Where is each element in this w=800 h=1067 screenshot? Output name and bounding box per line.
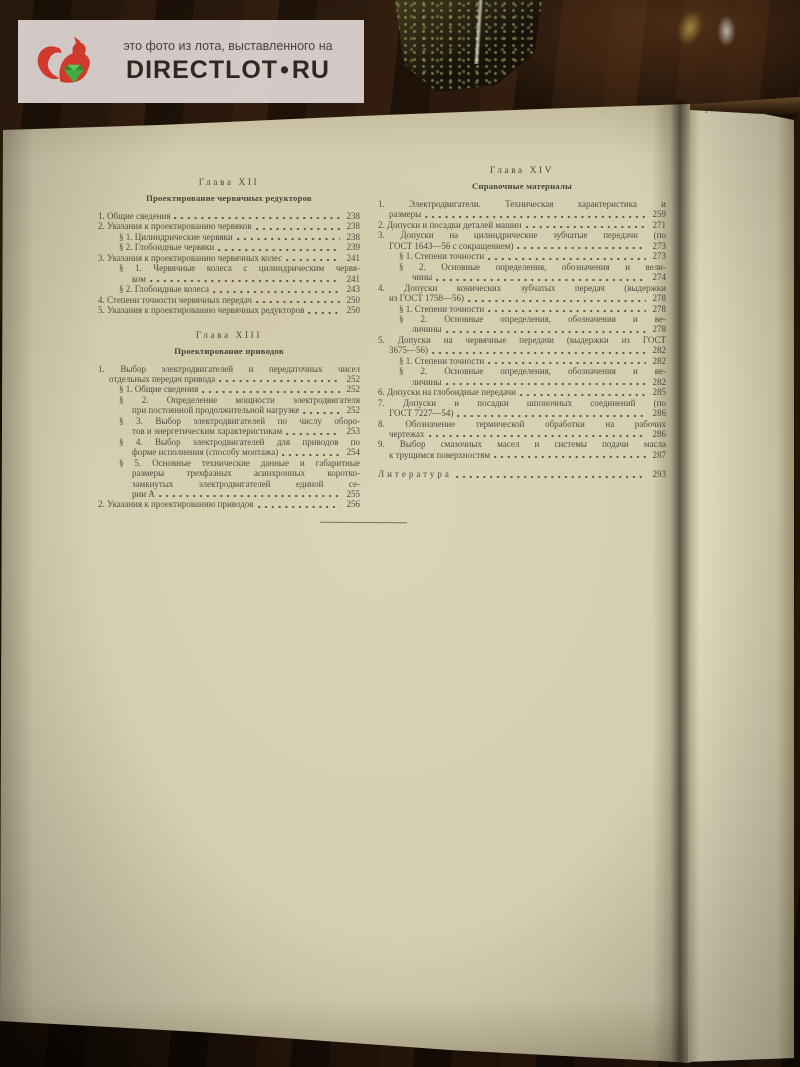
- toc-line-text: § 1. Червячные колеса с цилиндрическим ч…: [119, 263, 360, 273]
- toc-line-text: § 2. Основные определения, обозначения и…: [399, 314, 666, 324]
- dot-leader: [150, 279, 340, 283]
- toc-line-text: Литература: [378, 469, 452, 479]
- toc-line: 3. Указания к проектированию червячных к…: [98, 253, 360, 263]
- toc-line: личины278: [378, 324, 666, 334]
- toc-line: 7. Допуски и посадки шпоночных соединени…: [378, 398, 666, 408]
- toc-line: § 4. Выбор электродвигателей для приводо…: [98, 437, 360, 447]
- page-number: 252: [342, 384, 360, 394]
- dot-leader: [174, 216, 340, 220]
- page-stack-top-edge: [0, 101, 701, 127]
- toc-line-text: 2. Указания к проектированию червяков: [98, 221, 252, 231]
- toc-line-text: 3. Допуски на цилиндрические зубчатые пе…: [378, 230, 666, 240]
- toc-line-text: 8. Обозначение термической обработки на …: [378, 419, 666, 429]
- toc-line: 5. Указания к проектированию червячных р…: [98, 305, 360, 315]
- toc-line-text: 5. Указания к проектированию червячных р…: [98, 305, 304, 315]
- toc-line: размеры259: [378, 209, 666, 219]
- toc-line-text: § 2. Основные определения, обозначения и…: [399, 262, 666, 272]
- toc-line: ГОСТ 1643—56 с сокращением)273: [378, 241, 666, 251]
- toc-line: из ГОСТ 1758—56)278: [378, 293, 666, 303]
- toc-line: § 2. Основные определения, обозначения и…: [378, 366, 666, 376]
- toc-line-text: 1. Общие сведения: [98, 211, 170, 221]
- plastic-bag: [392, 0, 542, 92]
- toc-line-text: 2. Допуски и посадки деталей машин: [378, 220, 522, 230]
- chapter-heading: Глава XIV: [378, 166, 666, 176]
- section-title: Проектирование червячных редукторов: [98, 193, 360, 203]
- toc-line: 3. Допуски на цилиндрические зубчатые пе…: [378, 230, 666, 240]
- toc-line: форме исполнения (способу монтажа)254: [98, 447, 360, 457]
- toc-line-text: размеры: [389, 209, 421, 219]
- toc-line: 8. Обозначение термической обработки на …: [378, 419, 666, 429]
- toc-line: 4. Степени точности червячных передач250: [98, 295, 360, 305]
- toc-line-text: § 2. Основные определения, обозначения и…: [399, 366, 666, 376]
- toc-line: 4. Допуски конических зубчатых передач (…: [378, 283, 666, 293]
- book-right-page: I: [684, 96, 800, 1067]
- toc-line-text: размеры трехфазных асинхронных коротко-: [132, 468, 360, 478]
- toc-line: тов и энергетическим характеристикам253: [98, 426, 360, 436]
- dot-leader: [436, 278, 646, 282]
- watermark-text-block: это фото из лота, выставленного на DIREC…: [102, 39, 364, 85]
- toc-line: § 5. Основные технические данные и габар…: [98, 458, 360, 468]
- brand-dot: •: [278, 56, 292, 84]
- dot-leader: [308, 311, 340, 315]
- page-number: 254: [342, 447, 360, 457]
- toc-line: § 3. Выбор электродвигателей по числу об…: [98, 416, 360, 426]
- toc-line: рии А255: [98, 489, 360, 499]
- chapter-heading: Глава XII: [98, 178, 360, 188]
- toc-line: при постоянной продолжительной нагрузке2…: [98, 405, 360, 415]
- dot-leader: [517, 246, 646, 250]
- toc-right-column: Глава XIVСправочные материалы1. Электрод…: [378, 166, 666, 480]
- dot-leader: [488, 361, 646, 365]
- toc-line-text: личины: [412, 377, 442, 387]
- toc-line: чертежах286: [378, 429, 666, 439]
- toc-line-text: замкнутых электродвигателей единой се-: [132, 479, 360, 489]
- section-title: Справочные материалы: [378, 181, 666, 191]
- toc-line: 2. Указания к проектированию червяков238: [98, 221, 360, 231]
- toc-line: § 1. Степени точности278: [378, 304, 666, 314]
- dot-leader: [446, 330, 646, 334]
- toc-line: § 2. Определение мощности электродвигате…: [98, 395, 360, 405]
- page-number: 238: [342, 221, 360, 231]
- toc-line: 2. Указания к проектированию приводов256: [98, 499, 360, 509]
- dot-leader: [202, 390, 340, 394]
- toc-line-text: 7. Допуски и посадки шпоночных соединени…: [378, 398, 666, 408]
- toc-line-text: 4. Допуски конических зубчатых передач (…: [378, 283, 666, 293]
- toc-line: ком241: [98, 274, 360, 284]
- toc-line: § 1. Степени точности282: [378, 356, 666, 366]
- watermark-banner: это фото из лота, выставленного на DIREC…: [18, 20, 364, 103]
- toc-divider-rule: [320, 522, 407, 524]
- page-number: 239: [342, 242, 360, 252]
- toc-line: 9. Выбор смазочных масел и системы подач…: [378, 439, 666, 449]
- toc-line-text: ГОСТ 7227—54): [389, 408, 453, 418]
- bag-zip-seal: [474, 0, 483, 64]
- brand-right: RU: [292, 56, 330, 84]
- dot-leader: [282, 453, 340, 457]
- book-left-page: Глава XIIПроектирование червячных редукт…: [0, 100, 690, 1067]
- toc-line-text: 6. Допуски на глобоидные передачи: [378, 387, 516, 397]
- dot-leader: [237, 237, 340, 241]
- page-number: 256: [342, 499, 360, 509]
- toc-line-text: § 4. Выбор электродвигателей для приводо…: [119, 437, 360, 447]
- toc-line: § 2. Глобоидные червяки239: [98, 242, 360, 252]
- page-number: 241: [342, 253, 360, 263]
- toc-line-text: 9. Выбор смазочных масел и системы подач…: [378, 439, 666, 449]
- dot-leader: [213, 290, 340, 294]
- dot-leader: [258, 505, 340, 509]
- dot-leader: [159, 494, 340, 498]
- dot-leader: [256, 227, 340, 231]
- toc-line: замкнутых электродвигателей единой се-: [98, 479, 360, 489]
- toc-line: § 2. Глобоидные колеса243: [98, 284, 360, 294]
- dot-leader: [218, 248, 340, 252]
- chapter-heading: Глава XIII: [98, 331, 360, 341]
- toc-line-text: § 5. Основные технические данные и габар…: [119, 458, 360, 468]
- toc-line: 5. Допуски на червячные передачи (выдерж…: [378, 335, 666, 345]
- toc-line-text: из ГОСТ 1758—56): [389, 293, 464, 303]
- toc-line-text: § 2. Определение мощности электродвигате…: [119, 395, 360, 405]
- toc-line: личины282: [378, 377, 666, 387]
- toc-line: § 2. Основные определения, обозначения и…: [378, 262, 666, 272]
- page-number: 250: [342, 295, 360, 305]
- toc-line-text: 3675—56): [389, 345, 428, 355]
- toc-line-text: отдельных передач привода: [109, 374, 215, 384]
- page-number: 241: [342, 274, 360, 284]
- toc-line-text: § 1. Цилиндрические червяки: [119, 232, 233, 242]
- toc-line-text: § 3. Выбор электродвигателей по числу об…: [119, 416, 360, 426]
- page-number: 238: [342, 232, 360, 242]
- dot-leader: [520, 393, 646, 397]
- toc-line-text: чины: [412, 272, 432, 282]
- toc-line: § 1. Цилиндрические червяки238: [98, 232, 360, 242]
- dot-leader: [456, 475, 646, 479]
- toc-line: 3675—56)282: [378, 345, 666, 355]
- toc-line-text: § 2. Глобоидные колеса: [119, 284, 209, 294]
- toc-line-text: 3. Указания к проектированию червячных к…: [98, 253, 282, 263]
- toc-line-text: при постоянной продолжительной нагрузке: [132, 405, 299, 415]
- book-gutter-shadow: [652, 100, 700, 1067]
- toc-line: 1. Выбор электродвигателей и передаточны…: [98, 364, 360, 374]
- watermark-caption: это фото из лота, выставленного на: [102, 39, 354, 53]
- toc-line: размеры трехфазных асинхронных коротко-: [98, 468, 360, 478]
- toc-line: чины274: [378, 272, 666, 282]
- toc-section: Глава XIIIПроектирование приводов1. Выбо…: [98, 331, 360, 510]
- toc-line: 1. Общие сведения238: [98, 211, 360, 221]
- toc-line-text: чертежах: [389, 429, 425, 439]
- toc-left-column: Глава XIIПроектирование червячных редукт…: [98, 178, 360, 510]
- toc-line: § 2. Основные определения, обозначения и…: [378, 314, 666, 324]
- dot-leader: [432, 351, 646, 355]
- page-number: 253: [342, 426, 360, 436]
- toc-line-text: форме исполнения (способу монтажа): [132, 447, 278, 457]
- dot-leader: [425, 215, 646, 219]
- toc-line-text: § 1. Степени точности: [399, 356, 484, 366]
- dot-leader: [446, 382, 646, 386]
- dot-leader: [303, 411, 340, 415]
- toc-line-text: § 1. Общие сведения: [119, 384, 198, 394]
- toc-line: 6. Допуски на глобоидные передачи285: [378, 387, 666, 397]
- dot-leader: [286, 258, 340, 262]
- toc-line-text: 5. Допуски на червячные передачи (выдерж…: [378, 335, 666, 345]
- toc-line: 2. Допуски и посадки деталей машин271: [378, 220, 666, 230]
- toc-line: § 1. Общие сведения252: [98, 384, 360, 394]
- dot-leader: [494, 455, 646, 459]
- dot-leader: [429, 434, 646, 438]
- toc-line-text: § 1. Степени точности: [399, 304, 484, 314]
- page-number: 252: [342, 374, 360, 384]
- toc-line: § 1. Червячные колеса с цилиндрическим ч…: [98, 263, 360, 273]
- brand-left: DIRECTLOT: [126, 56, 278, 84]
- dot-leader: [526, 225, 646, 229]
- foil-glint-gold: [673, 7, 708, 49]
- toc-line: Литература293: [378, 469, 666, 479]
- toc-line: 1. Электродвигатели. Техническая характе…: [378, 199, 666, 209]
- dot-leader: [219, 379, 340, 383]
- toc-section: Глава XIVСправочные материалы1. Электрод…: [378, 166, 666, 460]
- squirrel-logo-icon: [34, 34, 96, 92]
- page-number: 238: [342, 211, 360, 221]
- toc-line: к трущимся поверхностям287: [378, 450, 666, 460]
- page-number: 252: [342, 405, 360, 415]
- foil-glint-white: [718, 16, 735, 46]
- dot-leader: [488, 309, 646, 313]
- toc-line-text: § 2. Глобоидные червяки: [119, 242, 214, 252]
- toc-line-text: 1. Электродвигатели. Техническая характе…: [378, 199, 666, 209]
- toc-line: § 1. Степени точности273: [378, 251, 666, 261]
- toc-line-text: рии А: [132, 489, 155, 499]
- watermark-brand: DIRECTLOT•RU: [102, 56, 354, 85]
- toc-line-text: 1. Выбор электродвигателей и передаточны…: [98, 364, 360, 374]
- toc-line-text: к трущимся поверхностям: [389, 450, 490, 460]
- page-number: 243: [342, 284, 360, 294]
- page-number: 255: [342, 489, 360, 499]
- dot-leader: [488, 257, 646, 261]
- toc-line: ГОСТ 7227—54)286: [378, 408, 666, 418]
- toc-line-text: ГОСТ 1643—56 с сокращением): [389, 241, 513, 251]
- page-number: 250: [342, 305, 360, 315]
- toc-line-text: 2. Указания к проектированию приводов: [98, 499, 254, 509]
- toc-line-text: ком: [132, 274, 146, 284]
- toc-line-text: тов и энергетическим характеристикам: [132, 426, 282, 436]
- dot-leader: [468, 299, 646, 303]
- dot-leader: [457, 414, 646, 418]
- toc-section: Глава XIIПроектирование червячных редукт…: [98, 178, 360, 316]
- section-title: Проектирование приводов: [98, 346, 360, 356]
- dot-leader: [256, 300, 340, 304]
- toc-line-text: личины: [412, 324, 442, 334]
- dot-leader: [286, 432, 340, 436]
- toc-line-text: 4. Степени точности червячных передач: [98, 295, 252, 305]
- toc-line-text: § 1. Степени точности: [399, 251, 484, 261]
- toc-line: отдельных передач привода252: [98, 374, 360, 384]
